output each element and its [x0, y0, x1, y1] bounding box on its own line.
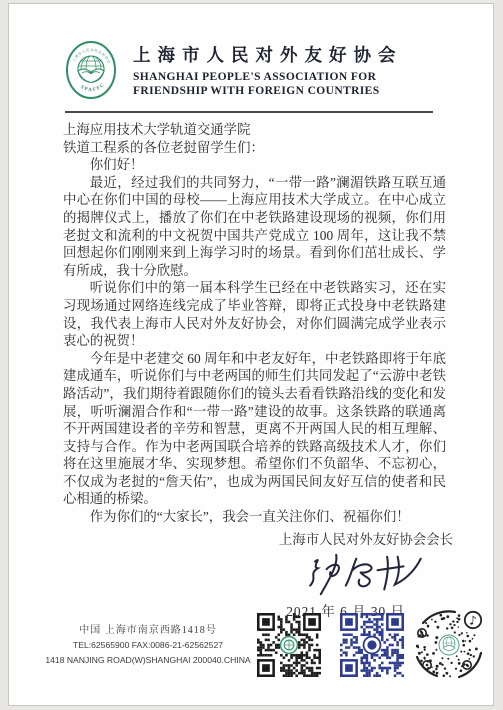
recipient-line: 铁道工程系的各位老挝留学生们：: [63, 139, 446, 157]
letter-body: 上海应用技术大学轨道交通学院 铁道工程系的各位老挝留学生们： 你们好！ 最近，经…: [63, 121, 446, 526]
qr-code-black: [257, 613, 321, 677]
salutation: 你们好！: [63, 156, 446, 174]
douyin-circular-qr: ♪: [411, 607, 487, 683]
signer-title: 上海市人民对外友好协会会长: [9, 531, 493, 548]
address-cn: 中国 上海市南京西路1418号: [39, 623, 257, 638]
spaffc-emblem-icon: 上海市人民对外友好协会 SPAFFC: [65, 40, 117, 100]
org-name-block: 上海市人民对外友好协会 SHANGHAI PEOPLE'S ASSOCIATIO…: [133, 42, 403, 98]
scanned-letter-page: 上海市人民对外友好协会 SPAFFC 上海市人民对外友好协会 SHANGHAI …: [8, 3, 494, 706]
paragraph: 听说你们中的第一届本科学生已经在中老铁路实习，还在实习现场通过网络连线完成了毕业…: [63, 279, 446, 349]
org-name-cn: 上海市人民对外友好协会: [133, 42, 403, 67]
paragraph: 今年是中老建交 60 周年和中老友好年，中老铁路即将于年底建成通车，听说你们与中…: [63, 350, 446, 508]
address-en: 1418 NANJING ROAD(W)SHANGHAI 200040.CHIN…: [39, 653, 257, 668]
paragraph: 作为你们的“大家长”，我会一直关注你们、祝福你们！: [63, 508, 446, 526]
paragraph: 最近，经过我们的共同努力，“一带一路”澜湄铁路互联互通中心在你们中国的母校——上…: [63, 174, 446, 280]
recipient-line: 上海应用技术大学轨道交通学院: [63, 121, 446, 139]
svg-text:SPAFFC: SPAFFC: [79, 82, 106, 93]
footer: 中国 上海市南京西路1418号 TEL:62565900 FAX:0086-21…: [9, 607, 493, 683]
org-name-en: SHANGHAI PEOPLE'S ASSOCIATION FOR FRIEND…: [133, 70, 403, 98]
org-name-en-line2: FRIENDSHIP WITH FOREIGN COUNTRIES: [133, 84, 403, 98]
signature-strokes-icon: [299, 550, 431, 600]
letterhead: 上海市人民对外友好协会 SPAFFC 上海市人民对外友好协会 SHANGHAI …: [9, 4, 493, 100]
handwritten-signature: [9, 550, 493, 600]
contact-info: 中国 上海市南京西路1418号 TEL:62565900 FAX:0086-21…: [39, 623, 257, 668]
qr-code-blue: [340, 613, 404, 677]
svg-text:♪: ♪: [469, 614, 477, 628]
letterhead-divider: [65, 111, 433, 113]
org-name-en-line1: SHANGHAI PEOPLE'S ASSOCIATION FOR: [133, 70, 403, 84]
tel-fax: TEL:62565900 FAX:0086-21-62562527: [39, 638, 257, 653]
